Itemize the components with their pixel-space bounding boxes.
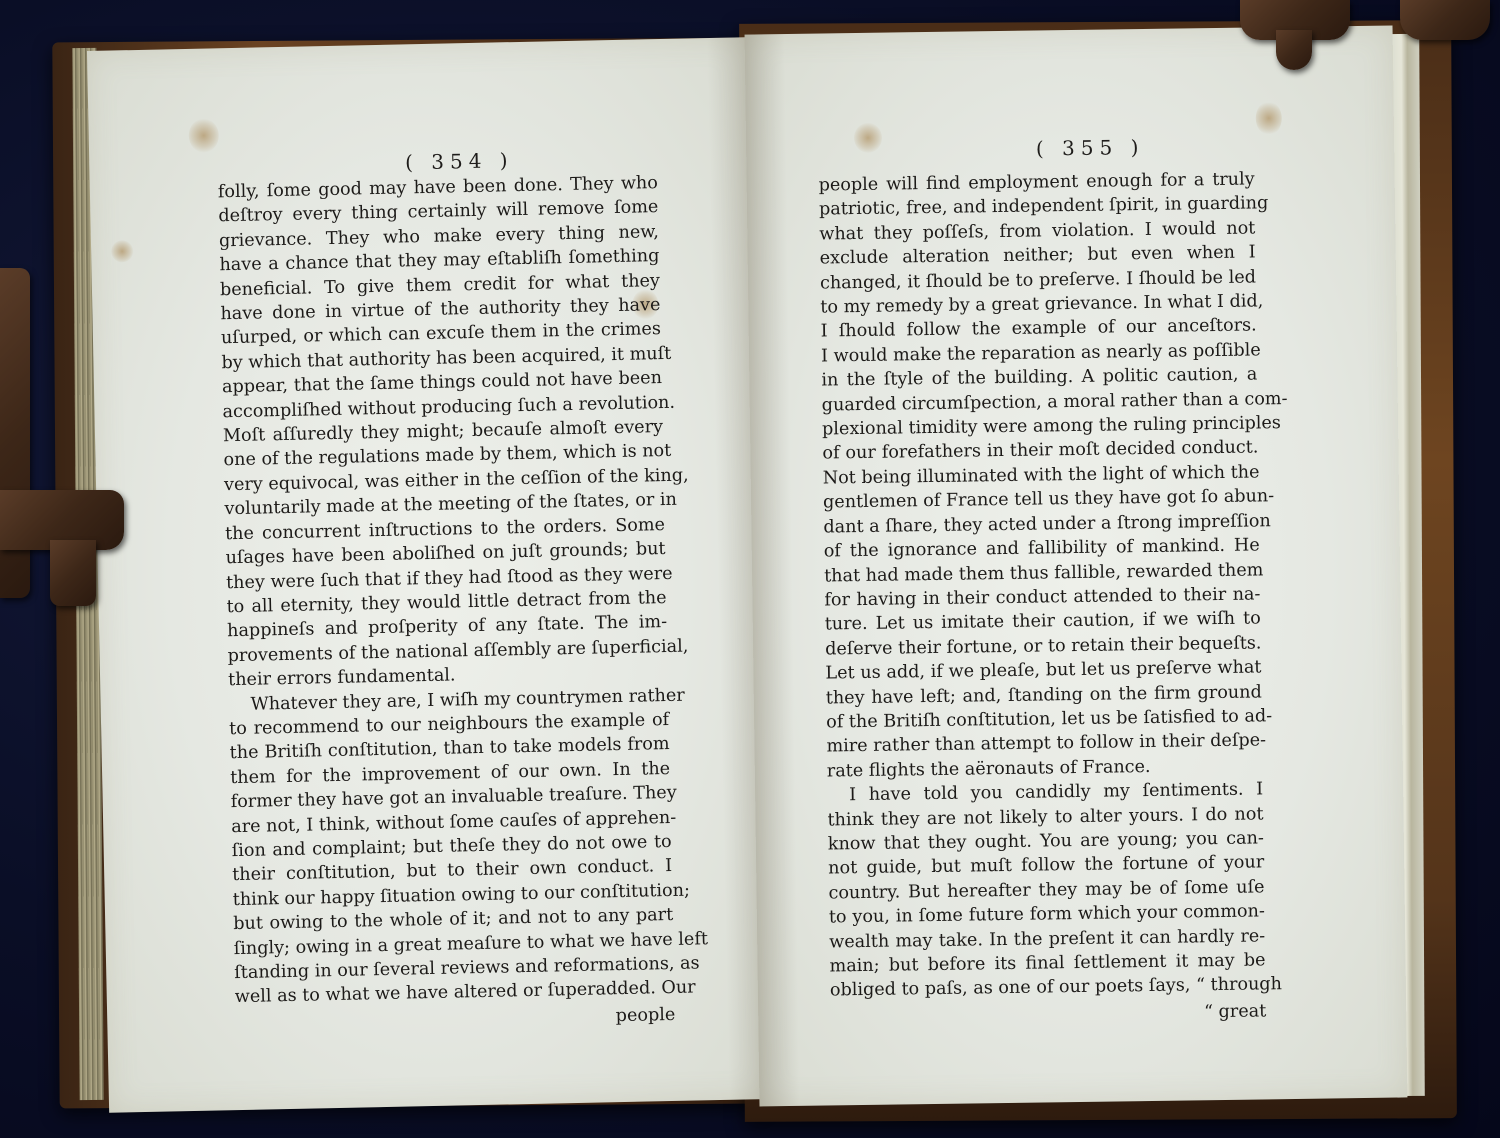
book-weight-top-right (1400, 0, 1490, 40)
foxing-stain (111, 240, 133, 262)
foxing-stain (1256, 101, 1282, 135)
left-page: ( 354 ) folly, ſome good may have been d… (87, 37, 769, 1113)
book-weight-top-tab (1276, 30, 1312, 70)
text-line: obliged to paſs, as one of our poets ſay… (830, 973, 1266, 1003)
body-text: folly, ſome good may have been done. The… (218, 171, 676, 1036)
book-weight-left-foot (50, 540, 96, 606)
foxing-stain (188, 118, 219, 153)
paragraph: Whatever they are, I wiſh my countrymen … (228, 684, 675, 1010)
catchword: “ great (830, 999, 1266, 1029)
paragraph: folly, ſome good may have been done. The… (218, 171, 669, 693)
paragraph: I have told you candidly my ſentiments. … (827, 778, 1266, 1004)
page-number: ( 355 ) (746, 132, 1394, 165)
body-text: people will find employment enough for a… (818, 167, 1266, 1029)
right-page: ( 355 ) people will find employment enou… (745, 26, 1408, 1107)
paragraph: people will find employment enough for a… (818, 167, 1262, 783)
